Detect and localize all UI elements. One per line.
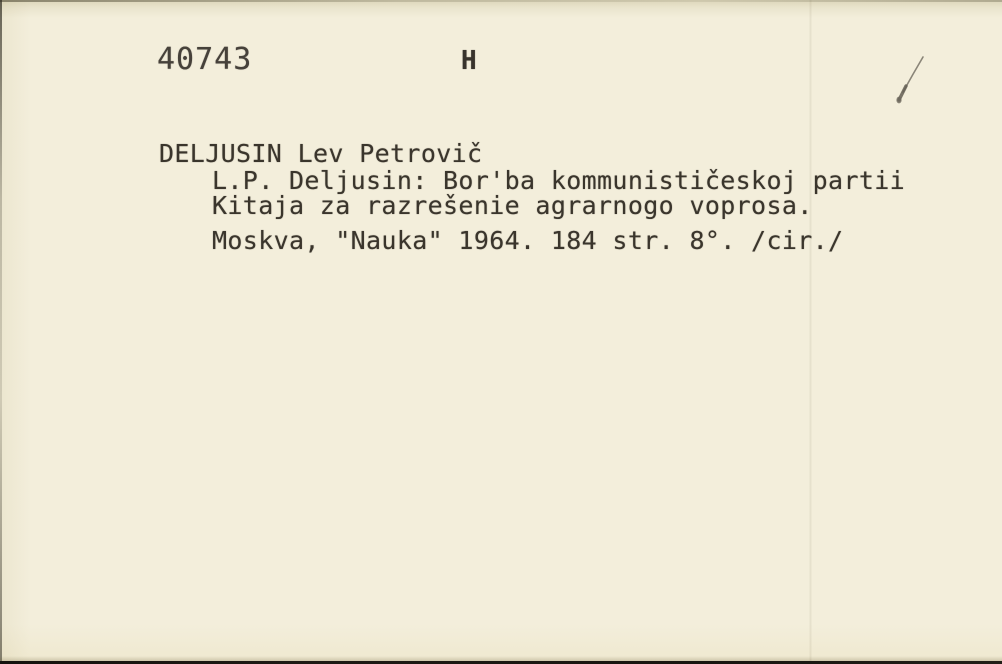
- card-top-edge: [0, 0, 1002, 2]
- author-heading: DELJUSIN Lev Petrovič: [159, 139, 482, 168]
- accession-number: 40743: [157, 42, 252, 77]
- imprint-line: Moskva, "Nauka" 1964. 184 str. 8°. /cir.…: [212, 226, 843, 255]
- pen-checkmark-icon: [0, 0, 1002, 664]
- card-left-edge: [0, 0, 2, 664]
- title-line-2: Kitaja za razrešenie agrarnogo voprosa.: [212, 191, 813, 220]
- catalog-card: 40743 H DELJUSIN Lev Petrovič L.P. Delju…: [0, 0, 1002, 664]
- classification-letter: H: [461, 46, 477, 76]
